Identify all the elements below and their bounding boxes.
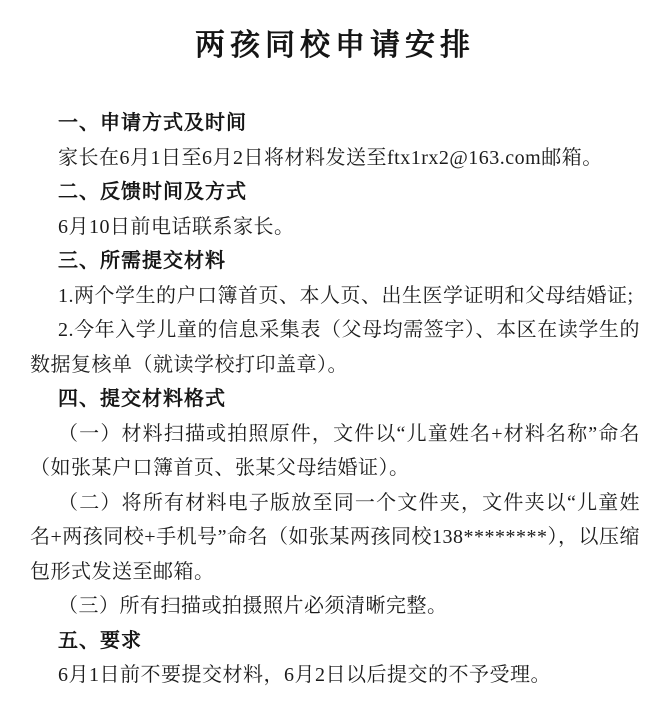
section-heading: 一、申请方式及时间: [30, 106, 640, 141]
section-heading: 二、反馈时间及方式: [30, 175, 640, 210]
section-requirements: 五、要求 6月1日前不要提交材料，6月2日以后提交的不予受理。: [30, 624, 640, 693]
section-required-materials: 三、所需提交材料 1.两个学生的户口簿首页、本人页、出生医学证明和父母结婚证; …: [30, 244, 640, 382]
paragraph: （一）材料扫描或拍照原件，文件以“儿童姓名+材料名称”命名（如张某户口簿首页、张…: [30, 417, 640, 486]
paragraph: 6月10日前电话联系家长。: [30, 210, 640, 245]
paragraph: 1.两个学生的户口簿首页、本人页、出生医学证明和父母结婚证;: [30, 279, 640, 314]
section-heading: 四、提交材料格式: [30, 382, 640, 417]
document-page: 两孩同校申请安排 一、申请方式及时间 家长在6月1日至6月2日将材料发送至ftx…: [0, 0, 668, 724]
section-feedback-time: 二、反馈时间及方式 6月10日前电话联系家长。: [30, 175, 640, 244]
paragraph: 6月1日前不要提交材料，6月2日以后提交的不予受理。: [30, 658, 640, 693]
paragraph: 2.今年入学儿童的信息采集表（父母均需签字）、本区在读学生的数据复核单（就读学校…: [30, 313, 640, 382]
section-heading: 五、要求: [30, 624, 640, 659]
document-title: 两孩同校申请安排: [30, 28, 640, 64]
paragraph: 家长在6月1日至6月2日将材料发送至ftx1rx2@163.com邮箱。: [30, 141, 640, 176]
paragraph: （二）将所有材料电子版放至同一个文件夹，文件夹以“儿童姓名+两孩同校+手机号”命…: [30, 486, 640, 590]
section-application-method: 一、申请方式及时间 家长在6月1日至6月2日将材料发送至ftx1rx2@163.…: [30, 106, 640, 175]
section-heading: 三、所需提交材料: [30, 244, 640, 279]
section-material-format: 四、提交材料格式 （一）材料扫描或拍照原件，文件以“儿童姓名+材料名称”命名（如…: [30, 382, 640, 624]
paragraph: （三）所有扫描或拍摄照片必须清晰完整。: [30, 589, 640, 624]
